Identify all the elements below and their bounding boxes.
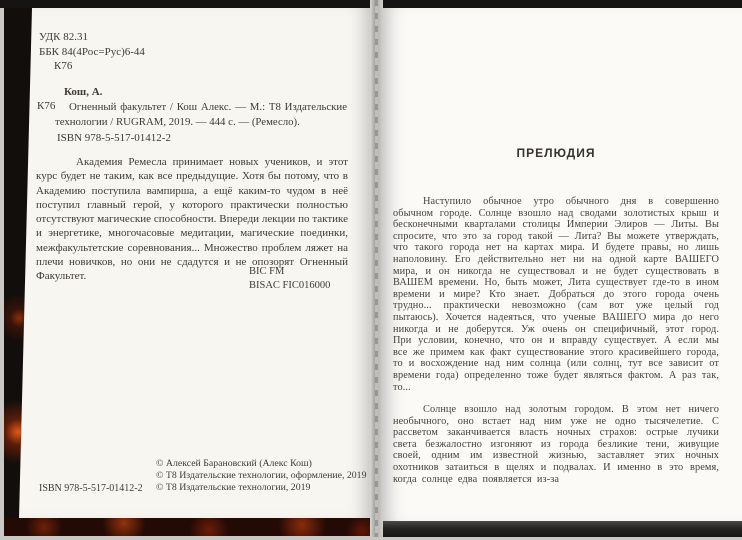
bbk-author-sign: К76 xyxy=(39,60,72,72)
book-spine-gutter xyxy=(370,0,383,537)
binding-stitches xyxy=(375,0,378,537)
chapter-title: ПРЕЛЮДИЯ xyxy=(393,146,719,160)
catalog-code: К76 xyxy=(37,100,55,112)
author-heading: Кош, А. xyxy=(64,86,102,98)
isbn-top: ISBN 978-5-517-01412-2 xyxy=(57,132,171,144)
chapter-paragraph: Наступило обычное утро обычного дня в со… xyxy=(393,196,719,393)
copyright-line: © Алексей Барановский (Алекс Кош) xyxy=(156,458,366,470)
open-book-photo: УДК 82.31 ББК 84(4Рос=Рус)6-44 К76 Кош, … xyxy=(0,0,742,540)
chapter-paragraph: Солнце взошло над золотым городом. В это… xyxy=(393,404,719,485)
bbk-line: ББК 84(4Рос=Рус)6-44 xyxy=(39,46,145,58)
subject-codes-block: BIC FM BISAC FIC016000 xyxy=(249,265,330,293)
copyright-block: © Алексей Барановский (Алекс Кош) © Т8 И… xyxy=(156,458,366,494)
book-cover-bottom-edge-left xyxy=(4,517,382,536)
bisac-code: BISAC FIC016000 xyxy=(249,279,330,293)
isbn-bottom: ISBN 978-5-517-01412-2 xyxy=(39,483,143,494)
left-page: УДК 82.31 ББК 84(4Рос=Рус)6-44 К76 Кош, … xyxy=(19,8,370,518)
udk-line: УДК 82.31 xyxy=(39,31,88,43)
copyright-line: © Т8 Издательские технологии, 2019 xyxy=(156,482,366,494)
book-cover-bottom-edge-right xyxy=(378,521,742,537)
chapter-body: Наступило обычное утро обычного дня в со… xyxy=(393,196,719,485)
catalog-entry: Огненный факультет / Кош Алекс. — М.: Т8… xyxy=(55,100,347,129)
right-page: ПРЕЛЮДИЯ Наступило обычное утро обычного… xyxy=(383,8,742,522)
bic-code: BIC FM xyxy=(249,265,330,279)
classification-block: УДК 82.31 ББК 84(4Рос=Рус)6-44 К76 xyxy=(39,30,145,74)
copyright-line: © Т8 Издательские технологии, оформление… xyxy=(156,470,366,482)
